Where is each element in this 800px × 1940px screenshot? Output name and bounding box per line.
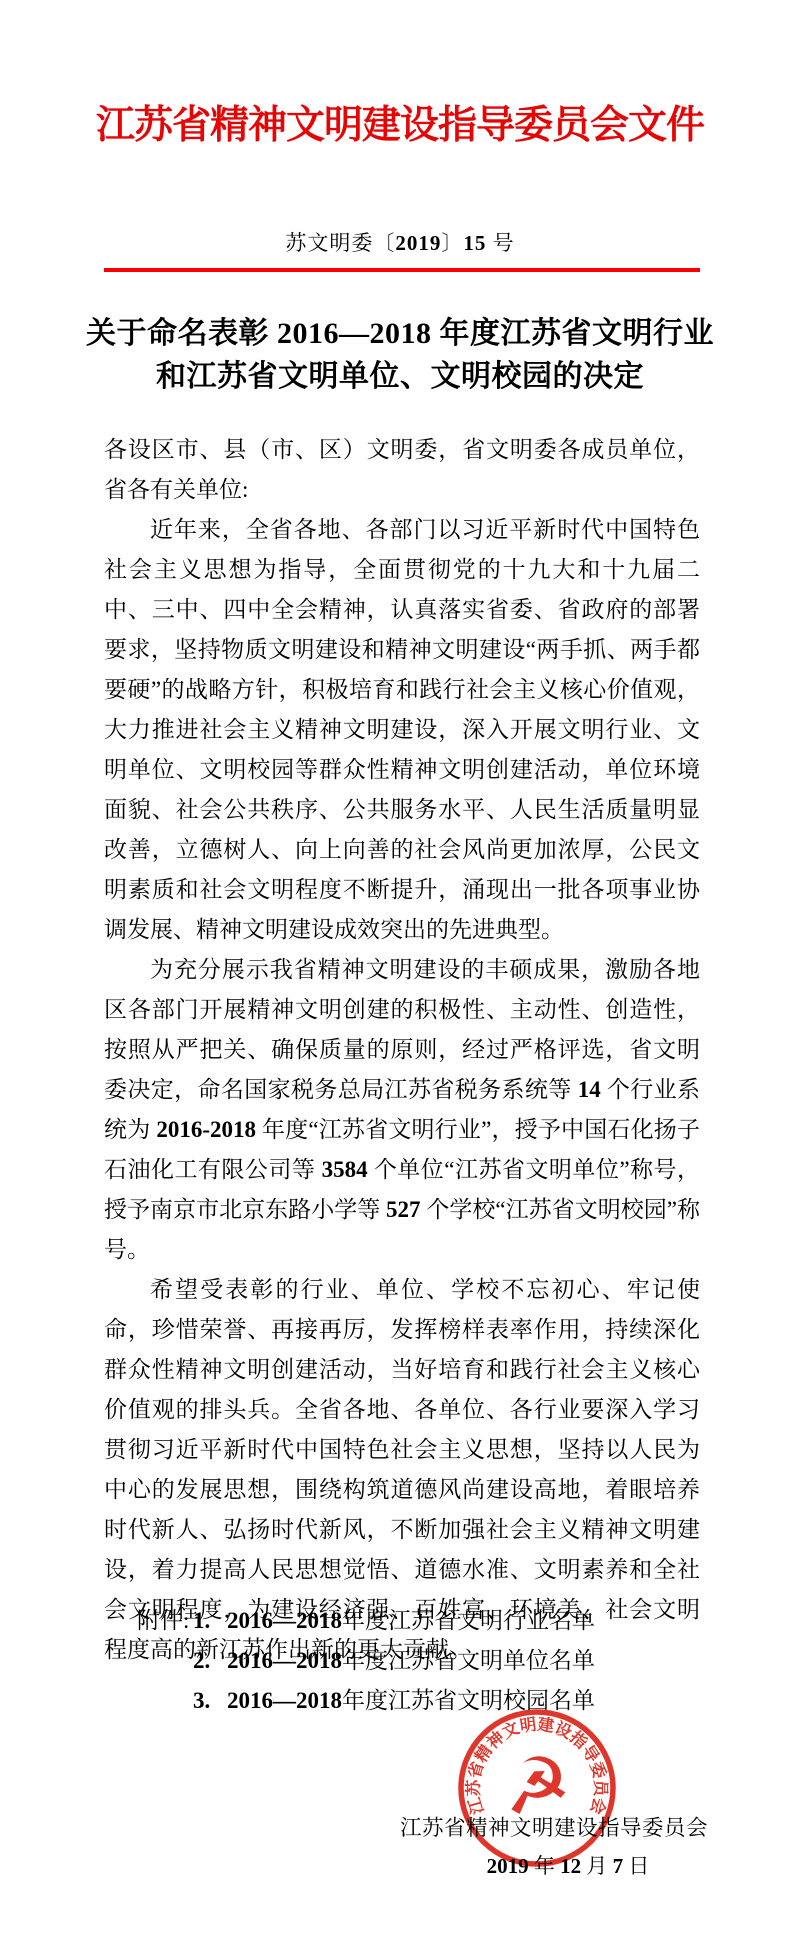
attachment-years: 2016—2018 (227, 1681, 342, 1721)
text-segment: 2016-2018 (156, 1117, 256, 1142)
text-segment: 号 (486, 231, 514, 255)
attachment-years: 2016—2018 (227, 1641, 342, 1681)
doc-reference-number: 苏文明委〔2019〕15 号 (0, 227, 800, 257)
signature-date: 2019 年 12 月 7 日 (418, 1850, 718, 1880)
text-segment: 15 (463, 231, 486, 255)
letterhead-title: 江苏省精神文明建设指导委员会文件 (0, 94, 800, 150)
document-title: 关于命名表彰 2016—2018 年度江苏省文明行业 和江苏省文明单位、文明校园… (0, 312, 800, 398)
attachment-name: 年度江苏省文明校园名单 (342, 1681, 595, 1721)
seal-ring-text: 江苏省精神文明建设指导委员会 (463, 1714, 610, 1818)
body-paragraph-2: 为充分展示我省精神文明建设的丰硕成果，激励各地区各部门开展精神文明创建的积极性、… (104, 950, 700, 1270)
document-body: 各设区市、县（市、区）文明委，省文明委各成员单位，省各有关单位: 近年来，全省各… (104, 430, 700, 1670)
salutation: 各设区市、县（市、区）文明委，省文明委各成员单位，省各有关单位: (104, 430, 700, 510)
text-segment: 12 (560, 1854, 581, 1878)
attachments-list: 附件: 1. 2016—2018 年度江苏省文明行业名单 2. 2016—201… (137, 1601, 595, 1721)
text-segment: 2019 (487, 1854, 529, 1878)
attachment-item: 附件: 1. 2016—2018 年度江苏省文明行业名单 (137, 1601, 595, 1641)
text-segment: 苏文明委〔 (285, 231, 395, 255)
attachment-years: 2016—2018 (227, 1601, 342, 1641)
attachment-name: 年度江苏省文明单位名单 (342, 1641, 595, 1681)
official-seal-graphic: 江苏省精神文明建设指导委员会 ☭ (454, 1705, 620, 1871)
text-segment: 527 (386, 1197, 421, 1222)
attachment-index: 3. (193, 1681, 227, 1721)
text-segment: 〕 (441, 231, 463, 255)
text-segment: 3584 (322, 1157, 368, 1182)
document-page: 江苏省精神文明建设指导委员会文件 苏文明委〔2019〕15 号 关于命名表彰 2… (0, 0, 800, 1940)
attachment-item: 2. 2016—2018 年度江苏省文明单位名单 (137, 1641, 595, 1681)
signature-organization: 江苏省精神文明建设指导委员会 (400, 1811, 708, 1842)
text-segment: 年 (529, 1854, 561, 1878)
official-seal: 江苏省精神文明建设指导委员会 ☭ (454, 1705, 620, 1871)
document-title-line1: 关于命名表彰 2016—2018 年度江苏省文明行业 (0, 312, 800, 355)
attachment-index: 1. (193, 1601, 227, 1641)
attachment-item: 3. 2016—2018 年度江苏省文明校园名单 (137, 1681, 595, 1721)
body-paragraph-1: 近年来，全省各地、各部门以习近平新时代中国特色社会主义思想为指导，全面贯彻党的十… (104, 510, 700, 950)
document-title-line2: 和江苏省文明单位、文明校园的决定 (0, 355, 800, 398)
text-segment: 14 (578, 1077, 601, 1102)
attachments-label: 附件: (137, 1601, 193, 1641)
red-divider-rule (104, 268, 700, 272)
attachment-name: 年度江苏省文明行业名单 (342, 1601, 595, 1641)
attachment-index: 2. (193, 1641, 227, 1681)
text-segment: 7 (613, 1854, 624, 1878)
text-segment: 日 (623, 1854, 649, 1878)
text-segment: 月 (581, 1854, 613, 1878)
text-segment: 2019 (395, 231, 441, 255)
text-segment: 近年来，全省各地、各部门以习近平新时代中国特色社会主义思想为指导，全面贯彻党的十… (104, 517, 700, 942)
